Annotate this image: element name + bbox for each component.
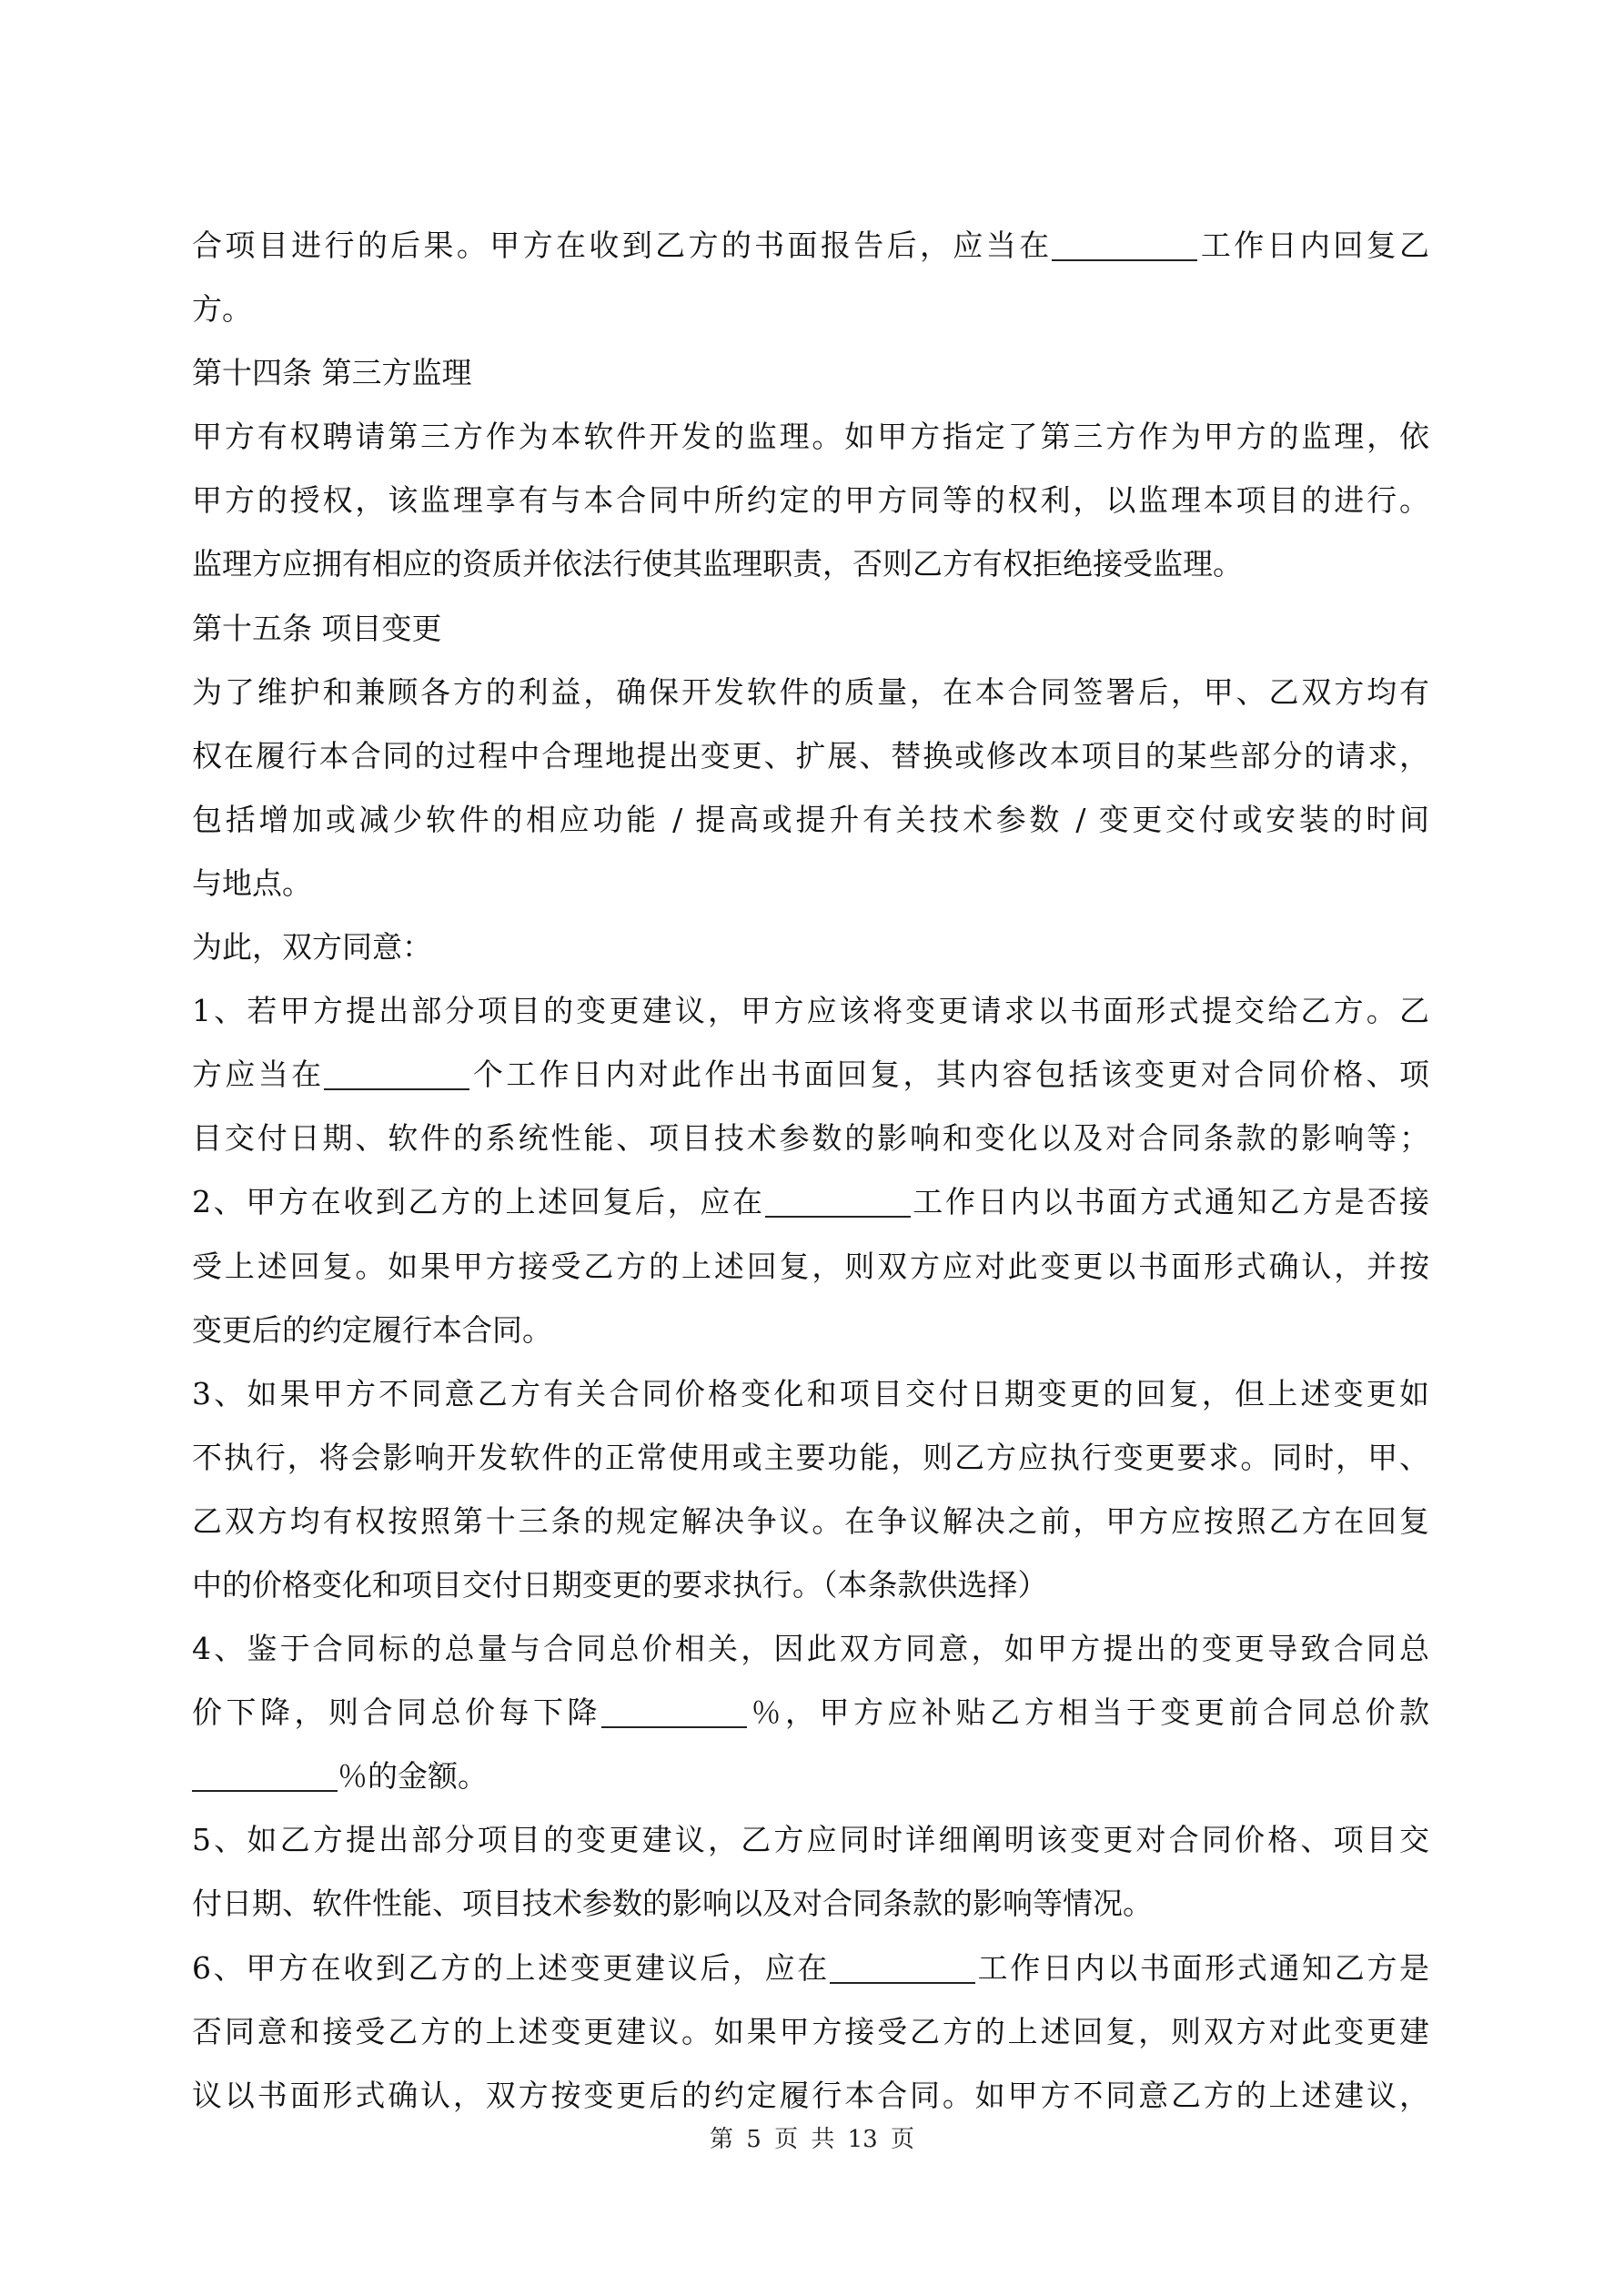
text-segment: 包括增加或减少软件的相应功能 / 提高或提升有关技术参数 / 变更交付或安装的时… — [192, 802, 1429, 837]
text-segment: 变更后的约定履行本合同。 — [192, 1312, 552, 1348]
text-segment: 为了维护和兼顾各方的利益，确保开发软件的质量，在本合同签署后，甲、乙双方均有 — [192, 674, 1429, 710]
text-segment: 工作日内以书面方式通知乙方是否接 — [911, 1184, 1429, 1219]
text-segment: 监理方应拥有相应的资质并依法行使其监理职责，否则乙方有权拒绝接受监理。 — [192, 546, 1243, 582]
text-segment: ％的金额。 — [338, 1758, 488, 1794]
text-line: 受上述回复。如果甲方接受乙方的上述回复，则双方应对此变更以书面形式确认，并按 — [192, 1235, 1429, 1299]
text-segment: 中的价格变化和项目交付日期变更的要求执行。（本条款供选择） — [192, 1567, 1048, 1603]
text-line: 甲方的授权，该监理享有与本合同中所约定的甲方同等的权利，以监理本项目的进行。 — [192, 469, 1429, 532]
text-line: 议以书面形式确认，双方按变更后的约定履行本合同。如甲方不同意乙方的上述建议， — [192, 2064, 1429, 2128]
text-segment: 乙双方均有权按照第十三条的规定解决争议。在争议解决之前，甲方应按照乙方在回复 — [192, 1503, 1429, 1539]
text-line: 第十五条 项目变更 — [192, 597, 1429, 661]
text-segment: 受上述回复。如果甲方接受乙方的上述回复，则双方应对此变更以书面形式确认，并按 — [192, 1249, 1429, 1284]
text-segment: 权在履行本合同的过程中合理地提出变更、扩展、替换或修改本项目的某些部分的请求， — [192, 738, 1429, 774]
text-segment: 否同意和接受乙方的上述变更建议。如果甲方接受乙方的上述回复，则双方对此变更建 — [192, 2014, 1429, 2049]
text-line: 方应当在个工作日内对此作出书面回复，其内容包括该变更对合同价格、项 — [192, 1043, 1429, 1107]
text-segment: 6、甲方在收到乙方的上述变更建议后，应在 — [192, 1950, 830, 1986]
fill-in-blank — [192, 1789, 338, 1792]
text-line: 为了维护和兼顾各方的利益，确保开发软件的质量，在本合同签署后，甲、乙双方均有 — [192, 661, 1429, 724]
text-line: 付日期、软件性能、项目技术参数的影响以及对合同条款的影响等情况。 — [192, 1872, 1429, 1936]
text-segment: 为此，双方同意： — [192, 929, 432, 965]
text-segment: 与地点。 — [192, 865, 312, 901]
text-line: 权在履行本合同的过程中合理地提出变更、扩展、替换或修改本项目的某些部分的请求， — [192, 724, 1429, 788]
text-line: 2、甲方在收到乙方的上述回复后，应在工作日内以书面方式通知乙方是否接 — [192, 1170, 1429, 1234]
text-line: 变更后的约定履行本合同。 — [192, 1299, 1429, 1362]
text-line: 不执行，将会影响开发软件的正常使用或主要功能，则乙方应执行变更要求。同时，甲、 — [192, 1426, 1429, 1490]
text-line: 乙双方均有权按照第十三条的规定解决争议。在争议解决之前，甲方应按照乙方在回复 — [192, 1490, 1429, 1553]
text-line: 4、鉴于合同标的总量与合同总价相关，因此双方同意，如甲方提出的变更导致合同总 — [192, 1617, 1429, 1681]
text-line: 方。 — [192, 278, 1429, 341]
text-segment: 2、甲方在收到乙方的上述回复后，应在 — [192, 1184, 765, 1219]
text-segment: 工作日内以书面形式通知乙方是 — [975, 1950, 1429, 1986]
text-line: ％的金额。 — [192, 1745, 1429, 1808]
text-segment: 方。 — [192, 291, 252, 327]
text-segment: 合项目进行的后果。甲方在收到乙方的书面报告后，应当在 — [192, 228, 1052, 263]
text-line: 价下降，则合同总价每下降％，甲方应补贴乙方相当于变更前合同总价款 — [192, 1681, 1429, 1745]
text-line: 1、若甲方提出部分项目的变更建议，甲方应该将变更请求以书面形式提交给乙方。乙 — [192, 979, 1429, 1043]
text-segment: 议以书面形式确认，双方按变更后的约定履行本合同。如甲方不同意乙方的上述建议， — [192, 2078, 1429, 2113]
fill-in-blank — [324, 1087, 469, 1090]
text-line: 与地点。 — [192, 852, 1429, 915]
text-segment: 5、如乙方提出部分项目的变更建议，乙方应同时详细阐明该变更对合同价格、项目交 — [192, 1822, 1429, 1857]
fill-in-blank — [601, 1725, 747, 1728]
text-segment: 方应当在 — [192, 1057, 324, 1092]
text-segment: 第十四条 第三方监理 — [192, 355, 472, 390]
text-segment: 4、鉴于合同标的总量与合同总价相关，因此双方同意，如甲方提出的变更导致合同总 — [192, 1631, 1429, 1666]
text-line: 第十四条 第三方监理 — [192, 341, 1429, 405]
text-segment: 不执行，将会影响开发软件的正常使用或主要功能，则乙方应执行变更要求。同时，甲、 — [192, 1440, 1429, 1475]
text-segment: ％，甲方应补贴乙方相当于变更前合同总价款 — [747, 1694, 1429, 1730]
text-line: 合项目进行的后果。甲方在收到乙方的书面报告后，应当在工作日内回复乙 — [192, 214, 1429, 278]
text-line: 包括增加或减少软件的相应功能 / 提高或提升有关技术参数 / 变更交付或安装的时… — [192, 788, 1429, 852]
text-line: 5、如乙方提出部分项目的变更建议，乙方应同时详细阐明该变更对合同价格、项目交 — [192, 1808, 1429, 1872]
text-segment: 1、若甲方提出部分项目的变更建议，甲方应该将变更请求以书面形式提交给乙方。乙 — [192, 993, 1429, 1028]
text-segment: 第十五条 项目变更 — [192, 611, 442, 646]
text-segment: 付日期、软件性能、项目技术参数的影响以及对合同条款的影响等情况。 — [192, 1886, 1153, 1921]
text-segment: 甲方的授权，该监理享有与本合同中所约定的甲方同等的权利，以监理本项目的进行。 — [192, 482, 1429, 518]
fill-in-blank — [830, 1981, 975, 1984]
text-line: 否同意和接受乙方的上述变更建议。如果甲方接受乙方的上述回复，则双方对此变更建 — [192, 2000, 1429, 2064]
text-line: 甲方有权聘请第三方作为本软件开发的监理。如甲方指定了第三方作为甲方的监理，依 — [192, 405, 1429, 469]
text-line: 中的价格变化和项目交付日期变更的要求执行。（本条款供选择） — [192, 1553, 1429, 1617]
text-segment: 价下降，则合同总价每下降 — [192, 1694, 601, 1730]
text-segment: 甲方有权聘请第三方作为本软件开发的监理。如甲方指定了第三方作为甲方的监理，依 — [192, 419, 1429, 454]
text-line: 目交付日期、软件的系统性能、项目技术参数的影响和变化以及对合同条款的影响等； — [192, 1107, 1429, 1170]
text-segment: 目交付日期、软件的系统性能、项目技术参数的影响和变化以及对合同条款的影响等； — [192, 1120, 1429, 1156]
fill-in-blank — [765, 1215, 911, 1218]
page-number-footer: 第 5 页 共 13 页 — [0, 2123, 1624, 2156]
document-page: 合项目进行的后果。甲方在收到乙方的书面报告后，应当在工作日内回复乙方。第十四条 … — [0, 0, 1624, 2296]
contract-body-text: 合项目进行的后果。甲方在收到乙方的书面报告后，应当在工作日内回复乙方。第十四条 … — [192, 214, 1429, 2128]
text-segment: 工作日内回复乙 — [1197, 228, 1429, 263]
text-line: 监理方应拥有相应的资质并依法行使其监理职责，否则乙方有权拒绝接受监理。 — [192, 532, 1429, 596]
text-line: 6、甲方在收到乙方的上述变更建议后，应在工作日内以书面形式通知乙方是 — [192, 1937, 1429, 2000]
fill-in-blank — [1052, 258, 1197, 261]
text-line: 为此，双方同意： — [192, 915, 1429, 979]
text-segment: 3、如果甲方不同意乙方有关合同价格变化和项目交付日期变更的回复，但上述变更如 — [192, 1376, 1429, 1411]
text-segment: 个工作日内对此作出书面回复，其内容包括该变更对合同价格、项 — [469, 1057, 1429, 1092]
text-line: 3、如果甲方不同意乙方有关合同价格变化和项目交付日期变更的回复，但上述变更如 — [192, 1362, 1429, 1426]
